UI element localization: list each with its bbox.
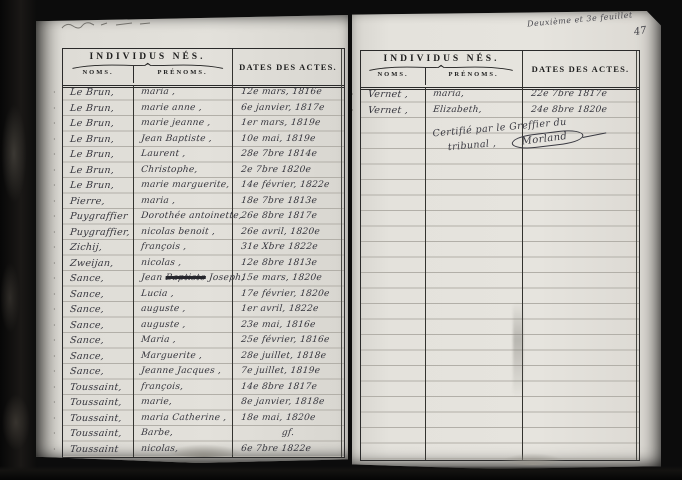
cell-nom: Vernet ,	[360, 103, 426, 119]
subcolumn-divider	[133, 66, 134, 83]
cell-nom: Le Brun,	[62, 85, 134, 101]
register-table-right: INDIVIDUS NÉS. NOMS. PRÉNOMS. DATES DES …	[360, 50, 640, 461]
cell-nom: Le Brun,	[62, 178, 134, 194]
cell-nom: Le Brun,	[62, 132, 134, 148]
cell-date: 24e 8bre 1820e	[521, 103, 640, 119]
film-bottom-edge	[0, 466, 682, 480]
register-row: Sance,auguste ,23e mai, 1816e	[63, 318, 344, 334]
header-subcolumns: NOMS. PRÉNOMS.	[63, 69, 232, 81]
register-row: Le Brun,Laurent ,28e 7bre 1814e	[63, 147, 344, 163]
cell-date: 12e mars, 1816e	[231, 85, 345, 101]
register-row: Toussaintnicolas,6e 7bre 1822e	[63, 442, 344, 458]
cell-nom: Toussaint,	[62, 395, 134, 411]
column-header-dates: DATES DES ACTES.	[232, 49, 344, 85]
register-page-right: Deuxième et 3e feuillet 47 INDIVIDUS NÉS…	[352, 11, 661, 469]
cell-prenom: marie marguerite,	[132, 178, 233, 194]
cell-prenom: Marguerite ,	[132, 349, 233, 365]
cell-prenom: Jean Baptiste Joseph,	[132, 271, 233, 287]
cell-prenom: Christophe,	[132, 163, 233, 179]
cell-prenom: Dorothée antoinette,	[132, 209, 233, 225]
cell-date: 26e avril, 1820e	[231, 225, 345, 241]
cell-date: 15e mars, 1820e	[231, 271, 345, 287]
register-row: Sance,Marguerite ,28e juillet, 1818e	[63, 349, 344, 365]
cell-nom: Sance,	[62, 349, 134, 365]
column-header-dates: DATES DES ACTES.	[522, 51, 639, 87]
cell-prenom: françois,	[132, 380, 233, 396]
margin-note: Deuxième et 3e feuillet	[527, 10, 633, 28]
cell-prenom: maria,	[424, 87, 523, 103]
cell-prenom: auguste ,	[132, 318, 233, 334]
subcolumn-divider	[425, 68, 426, 85]
cell-prenom: marie jeanne ,	[132, 116, 233, 132]
register-row: Toussaint,françois,14e 8bre 1817e	[63, 380, 344, 396]
cell-prenom: Barbe,	[132, 426, 233, 442]
cell-prenom: nicolas benoit ,	[132, 225, 233, 241]
cell-date: 23e mai, 1816e	[231, 318, 345, 334]
header-individus-nes: INDIVIDUS NÉS. NOMS. PRÉNOMS.	[63, 49, 232, 85]
cell-date: 14e 8bre 1817e	[231, 380, 345, 396]
cell-date: 31e Xbre 1822e	[231, 240, 345, 256]
cell-prenom: maria ,	[132, 194, 233, 210]
cell-nom: Toussaint,	[62, 380, 134, 396]
register-rows-left: Le Brun,maria ,12e mars, 1816eLe Brun,ma…	[63, 85, 344, 457]
cell-prenom: Laurent ,	[132, 147, 233, 163]
cell-prenom: maria Catherine ,	[132, 411, 233, 427]
cell-date: 6e 7bre 1822e	[231, 442, 345, 458]
cell-date: 17e février, 1820e	[231, 287, 345, 303]
cell-nom: Sance,	[62, 364, 134, 380]
register-row: Le Brun,Christophe,2e 7bre 1820e	[63, 163, 344, 179]
header-individus-nes: INDIVIDUS NÉS. NOMS. PRÉNOMS.	[361, 51, 522, 87]
cell-nom: Sance,	[62, 333, 134, 349]
header-title: INDIVIDUS NÉS.	[361, 51, 522, 64]
register-row: Sance,auguste ,1er avril, 1822e	[63, 302, 344, 318]
cell-nom: Vernet ,	[360, 87, 426, 103]
register-row: Zweijan,nicolas ,12e 8bre 1813e	[63, 256, 344, 272]
cell-date: gf.	[231, 426, 345, 442]
register-row: Pierre,maria ,18e 7bre 1813e	[63, 194, 344, 210]
register-row: Sance,Jean Baptiste Joseph,15e mars, 182…	[63, 271, 344, 287]
cell-nom: Sance,	[62, 302, 134, 318]
register-row: Toussaint,maria Catherine ,18e mai, 1820…	[63, 411, 344, 427]
header-subcolumns: NOMS. PRÉNOMS.	[361, 71, 522, 83]
cell-date: 8e janvier, 1818e	[231, 395, 345, 411]
register-row: Toussaint,marie,8e janvier, 1818e	[63, 395, 344, 411]
cell-nom: Le Brun,	[62, 147, 134, 163]
book-spine-edge	[0, 0, 38, 480]
register-row: Sance,Jeanne Jacques ,7e juillet, 1819e	[63, 364, 344, 380]
cell-date: 6e janvier, 1817e	[231, 101, 345, 117]
cell-date: 7e juillet, 1819e	[231, 364, 345, 380]
column-header-noms: NOMS.	[63, 69, 133, 81]
cell-date: 18e 7bre 1813e	[231, 194, 345, 210]
cell-date: 22e 7bre 1817e	[521, 87, 640, 103]
cell-nom: Puygraffier	[62, 209, 134, 225]
greffier-signature: Morland	[511, 128, 584, 151]
cell-prenom: Lucia ,	[132, 287, 233, 303]
cell-prenom: marie,	[132, 395, 233, 411]
cell-nom: Sance,	[62, 287, 134, 303]
folio-number: 47	[633, 25, 647, 38]
cell-nom: Sance,	[62, 271, 134, 287]
cell-prenom: françois ,	[132, 240, 233, 256]
cell-prenom: Jeanne Jacques ,	[132, 364, 233, 380]
register-row: Vernet ,maria,22e 7bre 1817e	[361, 87, 639, 103]
column-header-prenoms: PRÉNOMS.	[133, 69, 232, 81]
cell-nom: Le Brun,	[62, 116, 134, 132]
cell-date: 12e 8bre 1813e	[231, 256, 345, 272]
cell-prenom: marie anne ,	[132, 101, 233, 117]
register-row: Puygraffier,nicolas benoit ,26e avril, 1…	[63, 225, 344, 241]
cell-nom: Pierre,	[62, 194, 134, 210]
cell-date: 25e février, 1816e	[231, 333, 345, 349]
column-header-noms: NOMS.	[361, 71, 425, 83]
cell-prenom: Maria ,	[132, 333, 233, 349]
handwriting-scribble-icon	[60, 19, 160, 33]
cell-date: 14e février, 1822e	[231, 178, 345, 194]
cell-prenom: auguste ,	[132, 302, 233, 318]
cell-nom: Puygraffier,	[62, 225, 134, 241]
cell-date: 1er mars, 1819e	[231, 116, 345, 132]
column-header-prenoms: PRÉNOMS.	[425, 71, 522, 83]
cell-prenom: nicolas,	[132, 442, 233, 458]
register-row: Vernet ,Elizabeth,24e 8bre 1820e	[361, 103, 639, 119]
microfilm-scan-view: INDIVIDUS NÉS. NOMS. PRÉNOMS. DATES DES …	[0, 0, 682, 480]
cell-nom: Le Brun,	[62, 101, 134, 117]
register-row: Sance,Lucia ,17e février, 1820e	[63, 287, 344, 303]
cell-date: 10e mai, 1819e	[231, 132, 345, 148]
cell-nom: Toussaint,	[62, 411, 134, 427]
cell-nom: Sance,	[62, 318, 134, 334]
register-row: Le Brun,marie jeanne ,1er mars, 1819e	[63, 116, 344, 132]
brace-decoration	[367, 64, 515, 71]
cell-nom: Zweijan,	[62, 256, 134, 272]
cell-prenom: maria ,	[132, 85, 233, 101]
cell-prenom: Elizabeth,	[424, 103, 523, 119]
cell-date: 2e 7bre 1820e	[231, 163, 345, 179]
column-divider	[425, 87, 426, 460]
cell-date: 26e 8bre 1817e	[231, 209, 345, 225]
cell-nom: Toussaint	[62, 442, 134, 458]
register-rows-right: Certifié par le Greffier du tribunal ,Mo…	[361, 87, 639, 460]
register-row: Le Brun,marie anne ,6e janvier, 1817e	[63, 101, 344, 117]
cell-date: 28e 7bre 1814e	[231, 147, 345, 163]
table-header: INDIVIDUS NÉS. NOMS. PRÉNOMS. DATES DES …	[63, 49, 344, 88]
register-row: Le Brun,marie marguerite,14e février, 18…	[63, 178, 344, 194]
register-table-left: INDIVIDUS NÉS. NOMS. PRÉNOMS. DATES DES …	[62, 48, 345, 458]
register-row: Sance,Maria ,25e février, 1816e	[63, 333, 344, 349]
cell-date: 1er avril, 1822e	[231, 302, 345, 318]
register-row: Toussaint,Barbe,gf.	[63, 426, 344, 442]
cell-prenom: Jean Baptiste ,	[132, 132, 233, 148]
cell-date: 18e mai, 1820e	[231, 411, 345, 427]
cell-nom: Toussaint,	[62, 426, 134, 442]
certification-line2: tribunal ,	[447, 138, 496, 153]
cell-prenom: nicolas ,	[132, 256, 233, 272]
register-row: Le Brun,maria ,12e mars, 1816e	[63, 85, 344, 101]
cell-nom: Zichij,	[62, 240, 134, 256]
register-row: PuygraffierDorothée antoinette,26e 8bre …	[63, 209, 344, 225]
register-row: Le Brun,Jean Baptiste ,10e mai, 1819e	[63, 132, 344, 148]
brace-decoration	[70, 62, 225, 69]
register-row: Zichij,françois ,31e Xbre 1822e	[63, 240, 344, 256]
cell-nom: Le Brun,	[62, 163, 134, 179]
cell-date: 28e juillet, 1818e	[231, 349, 345, 365]
header-title: INDIVIDUS NÉS.	[63, 49, 232, 62]
table-header: INDIVIDUS NÉS. NOMS. PRÉNOMS. DATES DES …	[361, 51, 639, 90]
register-page-left: INDIVIDUS NÉS. NOMS. PRÉNOMS. DATES DES …	[36, 15, 348, 463]
